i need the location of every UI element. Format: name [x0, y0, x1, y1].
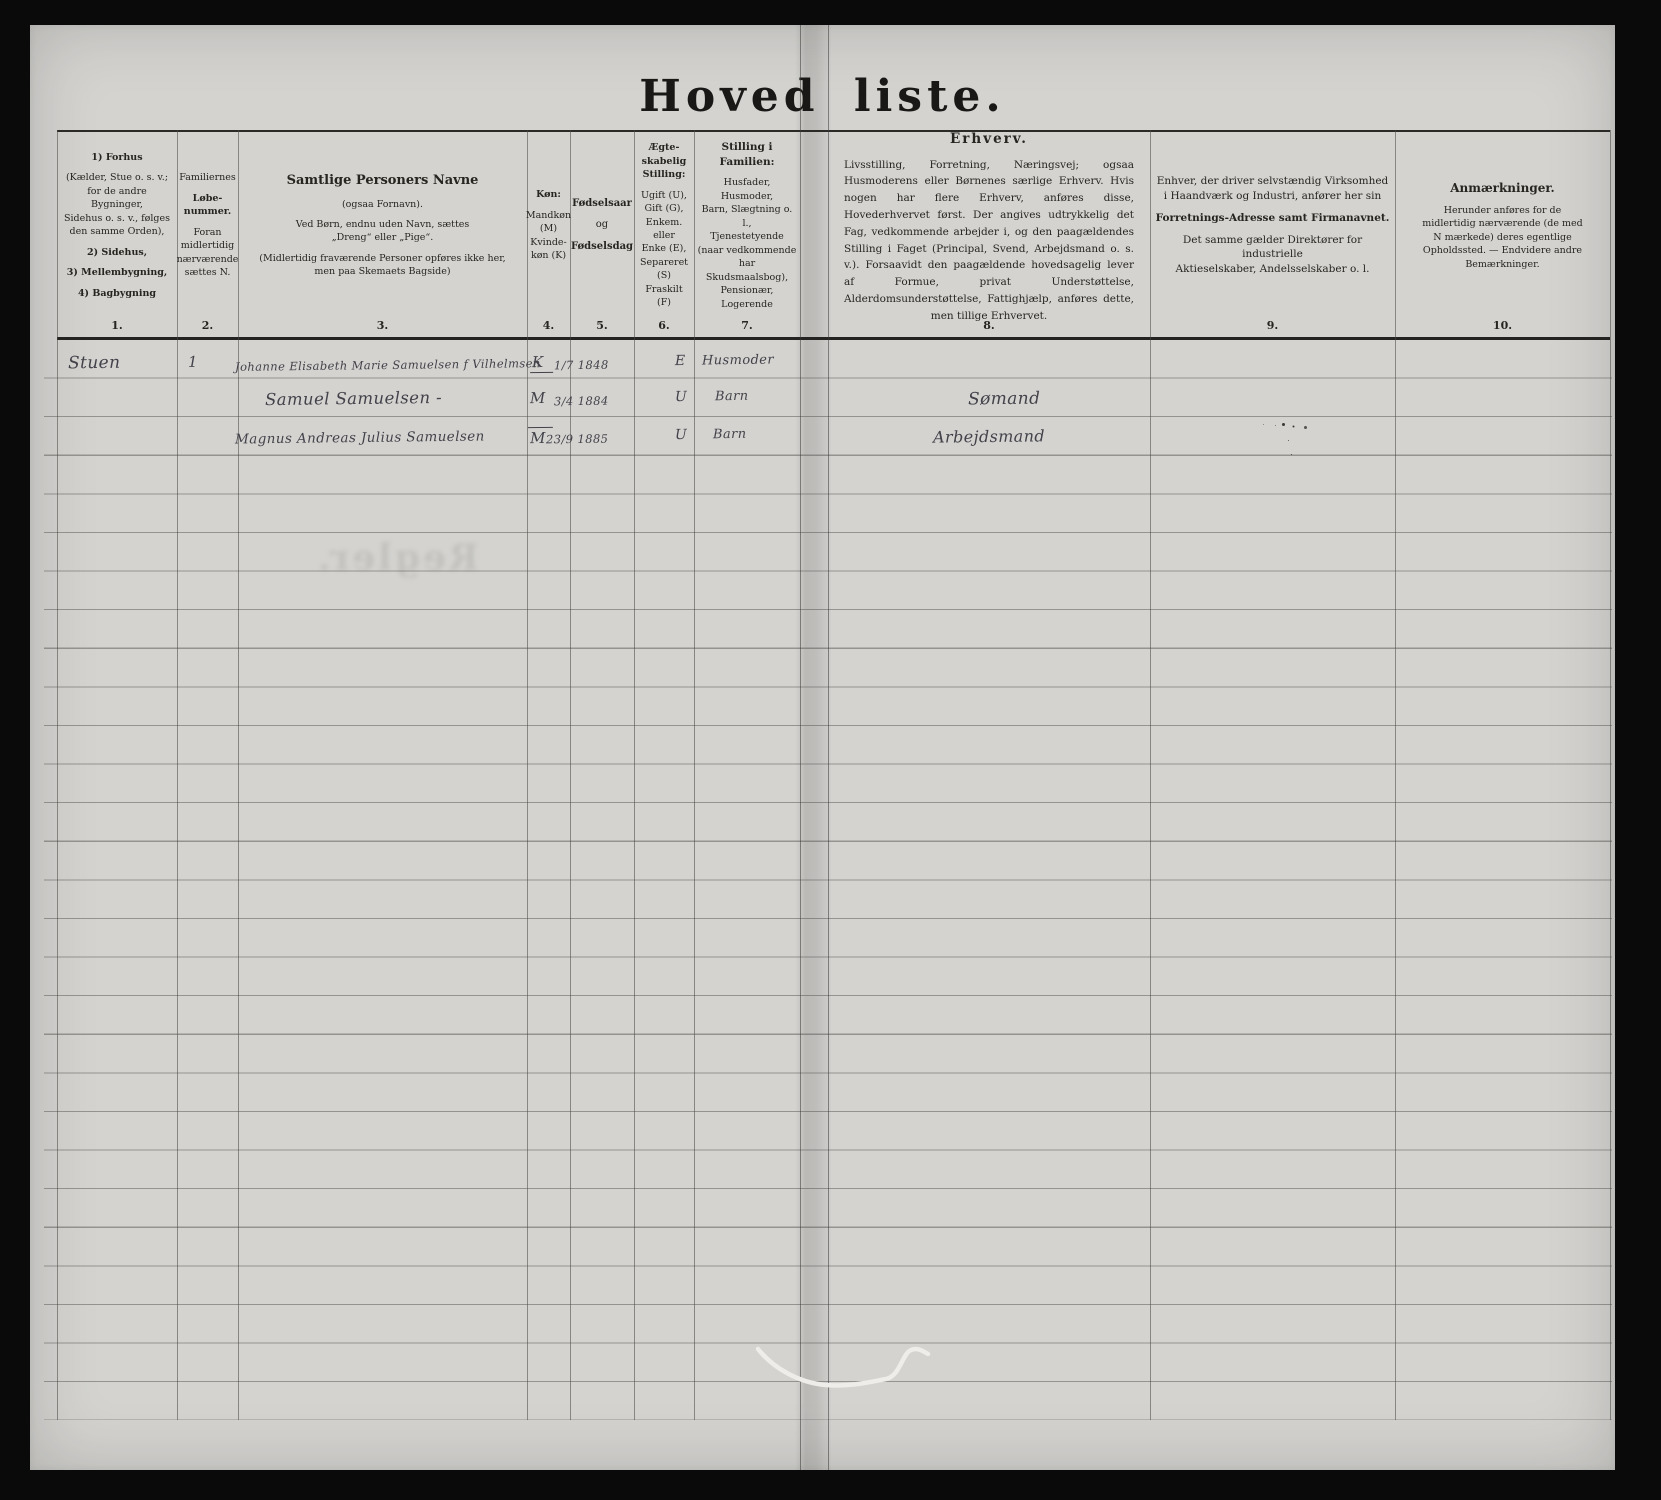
header-line: Samtlige Personers Navne	[287, 172, 479, 190]
header-line: Erhverv.	[950, 130, 1028, 149]
column-number: 9.	[1150, 319, 1395, 332]
column-number: 10.	[1395, 319, 1610, 332]
column-header-remarks: Anmærkninger. Herunder anføres for de mi…	[1395, 134, 1610, 335]
handwritten-occupation: Sømand	[968, 389, 1041, 410]
header-line: Ægte- skabelig Stilling:	[642, 141, 687, 181]
column-number: 2.	[177, 319, 238, 332]
header-line: Køn:	[536, 188, 561, 201]
header-line: Foran midlertidig nærværende sættes N.	[177, 226, 239, 280]
header-line: Ugift (U), Gift (G), Enkem. eller Enke (…	[637, 189, 691, 310]
table-row: Stuen 1 Johanne Elisabeth Marie Samuelse…	[30, 353, 1615, 391]
page-title: Hoved liste.	[30, 71, 1615, 122]
header-line: Enhver, der driver selvstændig Virksomhe…	[1157, 174, 1389, 204]
handwritten-name: Johanne Elisabeth Marie Samuelsen f Vilh…	[235, 356, 541, 374]
column-number: 3.	[238, 319, 527, 332]
handwritten-occupation: Arbejdsmand	[933, 426, 1045, 446]
header-line: 1) Forhus	[91, 151, 142, 164]
header-line: Forretnings-Adresse samt Firmanavnet.	[1156, 211, 1390, 226]
table-right-edge	[1610, 130, 1611, 1420]
column-header-family-position: Stilling i Familien: Husfader, Husmoder,…	[694, 134, 800, 335]
column-number: 6.	[634, 319, 694, 332]
header-line: (ogsaa Fornavn).	[342, 198, 423, 211]
header-line: Mandkøn (M) Kvinde- køn (K)	[526, 209, 571, 263]
column-header-sex: Køn: Mandkøn (M) Kvinde- køn (K) 4.	[527, 134, 570, 335]
header-line: Løbe- nummer.	[184, 192, 231, 219]
header-line: Fødselsdag	[571, 240, 633, 254]
header-line: Livsstilling, Forretning, Næringsvej; og…	[844, 157, 1134, 325]
handwritten-marital-status: U	[675, 389, 687, 405]
column-number: 1.	[57, 319, 177, 332]
handwritten-family-position: Barn	[713, 427, 747, 442]
table-row: Samuel Samuelsen - M 3/4 1884 U Barn Søm…	[30, 389, 1615, 427]
header-line: Ved Børn, endnu uden Navn, sættes „Dreng…	[296, 218, 470, 245]
column-header-names: Samtlige Personers Navne (ogsaa Fornavn)…	[238, 134, 527, 335]
header-line: Stilling i Familien:	[697, 140, 797, 170]
header-line: Herunder anføres for de midlertidig nærv…	[1422, 204, 1582, 271]
column-number: 4.	[527, 319, 570, 332]
column-header-building: 1) Forhus (Kælder, Stue o. s. v.; for de…	[57, 134, 177, 335]
column-header-family-number: Familiernes Løbe- nummer. Foran midlerti…	[177, 134, 238, 335]
header-line: Familiernes	[179, 171, 236, 184]
handwritten-sex: M	[530, 389, 546, 407]
column-header-birthdate: Fødselsaar og Fødselsdag 5.	[570, 134, 634, 335]
header-line: og	[596, 218, 608, 232]
handwritten-birthdate: 3/4 1884	[554, 394, 609, 409]
handwritten-birthdate: 23/9 1885	[546, 432, 609, 447]
ink-specks	[1282, 423, 1285, 426]
handwritten-family-number: 1	[188, 353, 198, 371]
header-line: 3) Mellembygning,	[67, 266, 167, 279]
fold-edge-line	[800, 25, 801, 1470]
handwritten-marital-status: U	[675, 427, 687, 443]
handwritten-family-position: Husmoder	[702, 353, 774, 369]
handwritten-name: Samuel Samuelsen -	[265, 388, 442, 409]
handwritten-name: Magnus Andreas Julius Samuelsen	[235, 428, 485, 447]
header-line: (Midlertidig fraværende Personer opføres…	[259, 252, 505, 279]
handwritten-marital-status: E	[675, 353, 686, 369]
header-line: 4) Bagbygning	[78, 287, 156, 300]
scanned-census-page: Regler. Hoved liste. 1) Forhus (Kælder, …	[0, 0, 1661, 1500]
header-line: Det samme gælder Direktører for industri…	[1153, 233, 1392, 278]
column-number: 7.	[694, 319, 800, 332]
handwritten-location: Stuen	[68, 353, 121, 374]
column-number: 8.	[828, 319, 1150, 332]
scratch-mark-icon	[730, 1335, 950, 1405]
header-line: (Kælder, Stue o. s. v.; for de andre Byg…	[60, 171, 174, 238]
paper-sheet: Regler. Hoved liste. 1) Forhus (Kælder, …	[30, 25, 1615, 1470]
header-line: Husfader, Husmoder, Barn, Slægtning o. l…	[697, 176, 797, 311]
column-header-business-address: Enhver, der driver selvstændig Virksomhe…	[1150, 134, 1395, 335]
table-row: Magnus Andreas Julius Samuelsen M 23/9 1…	[30, 427, 1615, 465]
header-line: Fødselsaar	[572, 197, 632, 211]
header-line: 2) Sidehus,	[87, 246, 147, 259]
column-number: 5.	[570, 319, 634, 332]
header-top-rule	[57, 130, 1610, 132]
handwritten-birthdate: 1/7 1848	[554, 358, 609, 373]
column-header-occupation: Erhverv. Livsstilling, Forretning, Nærin…	[828, 134, 1150, 335]
column-header-marital-status: Ægte- skabelig Stilling: Ugift (U), Gift…	[634, 134, 694, 335]
handwritten-family-position: Barn	[715, 389, 749, 404]
handwritten-sex: K	[530, 353, 553, 373]
header-line: Anmærkninger.	[1450, 180, 1555, 197]
